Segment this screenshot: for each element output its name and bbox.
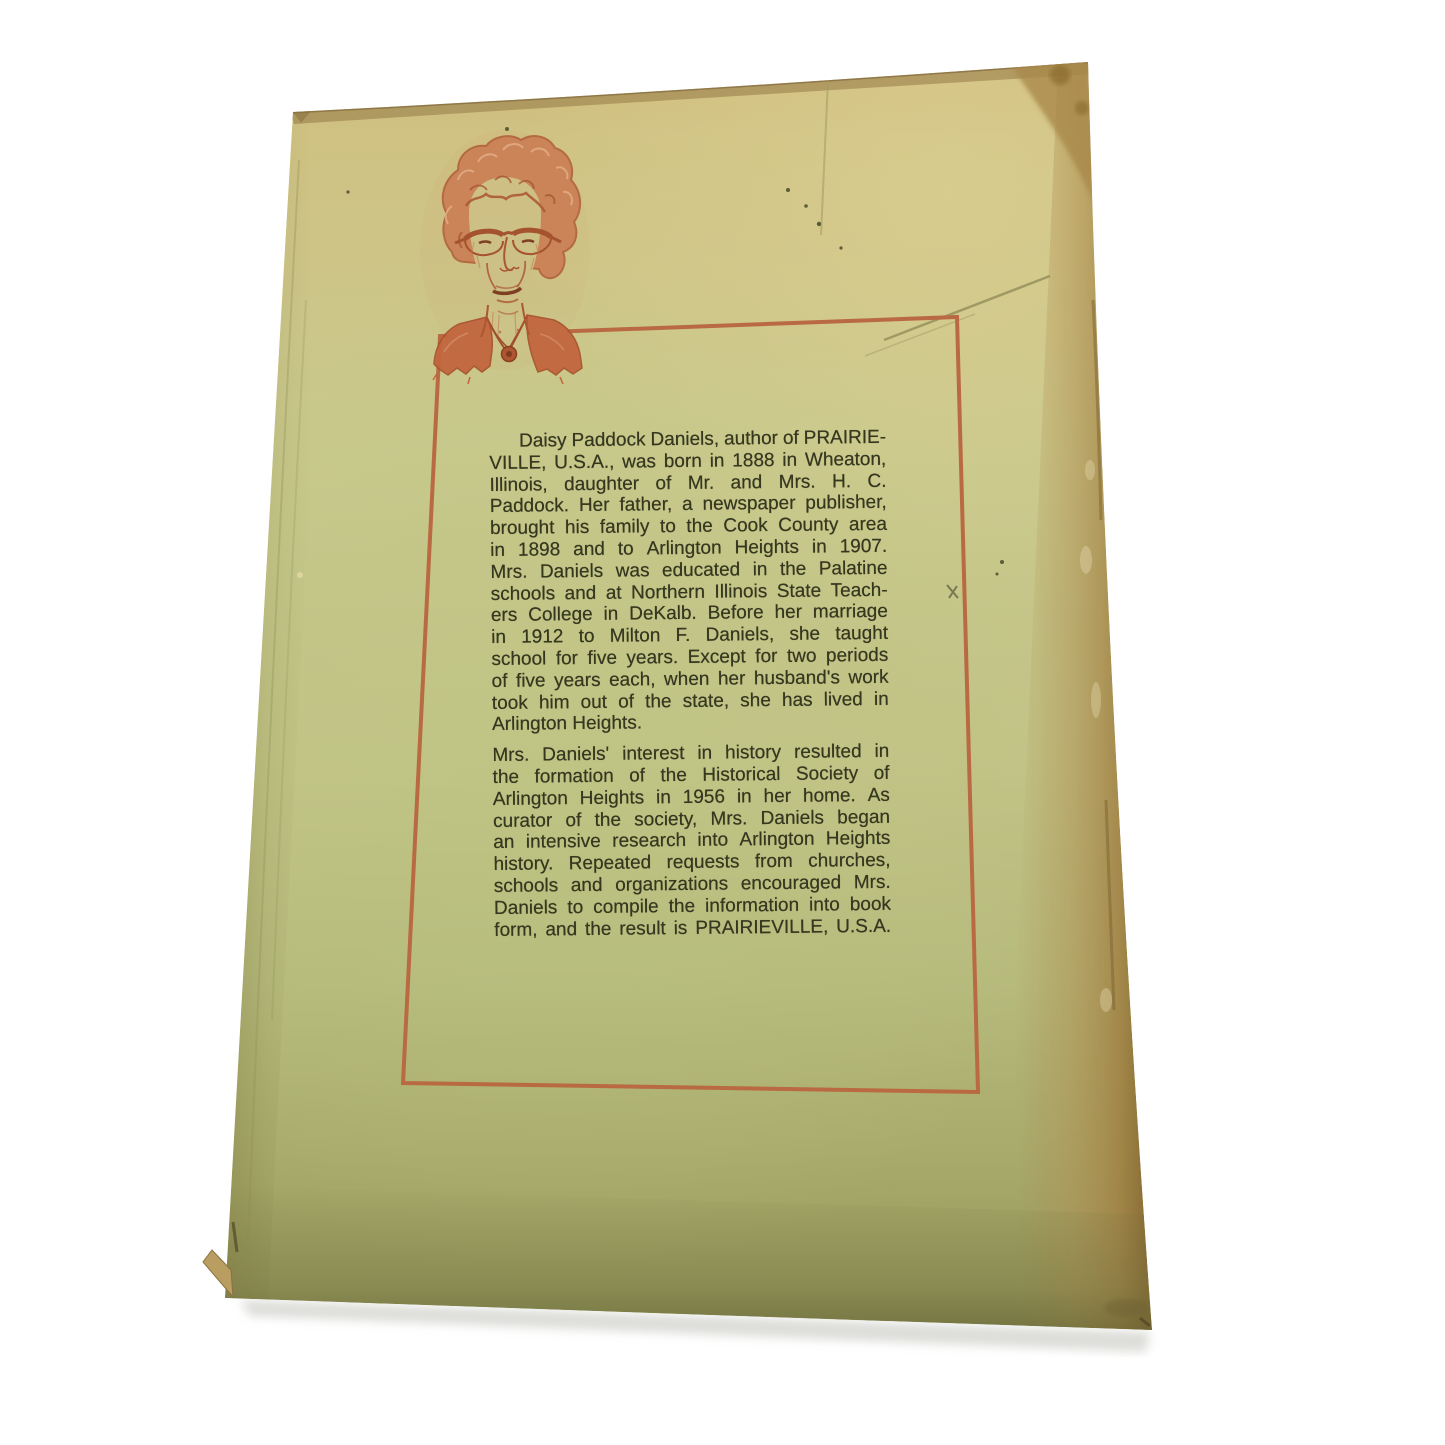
photo-background: DaisyPaddockDaniels,authorofPRAIRIE-VILL…: [0, 0, 1445, 1445]
bio-text: DaisyPaddockDaniels,authorofPRAIRIE-VILL…: [489, 427, 891, 941]
bio-paragraph: DaisyPaddockDaniels,authorofPRAIRIE-VILL…: [489, 427, 889, 736]
bio-line: broughthisfamilytotheCookCountyarea: [490, 514, 887, 540]
bio-line: Danielstocompiletheinformationintobook: [494, 894, 891, 920]
author-portrait-illustration: [420, 130, 590, 384]
bio-line: ArlingtonHeightsin1956inherhome.As: [493, 785, 890, 811]
bio-line: Mrs.DanielswaseducatedinthePalatine: [490, 558, 887, 584]
bio-line: form,andtheresultisPRAIRIEVILLE,U.S.A.: [494, 915, 891, 941]
bio-line: Arlington Heights.: [492, 710, 889, 736]
bio-line: VILLE,U.S.A.,wasbornin1888inWheaton,: [489, 449, 886, 475]
bio-paragraph: Mrs.Daniels'interestinhistoryresultedint…: [492, 741, 891, 941]
bio-line: tookhimoutofthestate,shehaslivedin: [492, 688, 889, 714]
bio-line: ersCollegeinDeKalb.Beforehermarriage: [491, 601, 888, 627]
